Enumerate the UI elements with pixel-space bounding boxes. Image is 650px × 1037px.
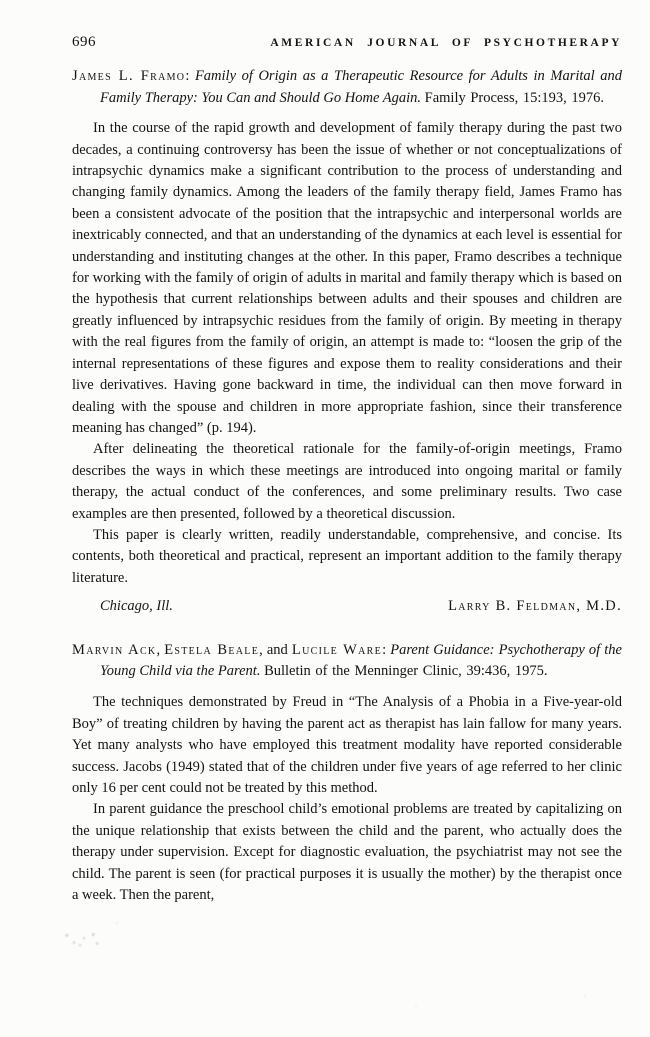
review-ack-beale-ware: Marvin Ack, Estela Beale, and Lucile War… [72,640,622,907]
paragraph: The techniques demonstrated by Freud in … [72,692,622,799]
paragraph: In parent guidance the preschool child’s… [72,799,622,906]
citation-author-3: Lucile Ware [292,642,382,658]
citation-ack: Marvin Ack, Estela Beale, and Lucile War… [72,640,622,683]
citation-authors: James L. Framo [72,68,185,84]
citation-colon: : [185,68,195,84]
paragraph: In the course of the rapid growth and de… [72,118,622,439]
citation-framo: James L. Framo: Family of Origin as a Th… [72,66,622,109]
scan-smudge-mark [62,930,102,948]
running-head: 696 AMERICAN JOURNAL OF PSYCHOTHERAPY [72,32,622,54]
journal-title: AMERICAN JOURNAL OF PSYCHOTHERAPY [270,33,622,54]
page-number: 696 [72,32,96,53]
citation-colon: : [382,642,390,658]
citation-author-1: Marvin Ack [72,642,156,658]
review-framo: James L. Framo: Family of Origin as a Th… [72,66,622,617]
citation-author-2: Estela Beale [164,642,259,658]
citation-source: Family Process, 15:193, 1976. [425,90,604,106]
journal-page: 696 AMERICAN JOURNAL OF PSYCHOTHERAPY Ja… [0,0,650,1037]
reviewer-name: Larry B. Feldman, M.D. [448,596,622,617]
reviewer-location: Chicago, Ill. [100,596,173,617]
citation-separator: , and [259,642,292,658]
review-signature: Chicago, Ill. Larry B. Feldman, M.D. [72,596,622,617]
paragraph: After delineating the theoretical ration… [72,439,622,525]
citation-source: Bulletin of the Menninger Clinic, 39:436… [264,663,547,679]
paragraph: This paper is clearly written, readily u… [72,525,622,589]
